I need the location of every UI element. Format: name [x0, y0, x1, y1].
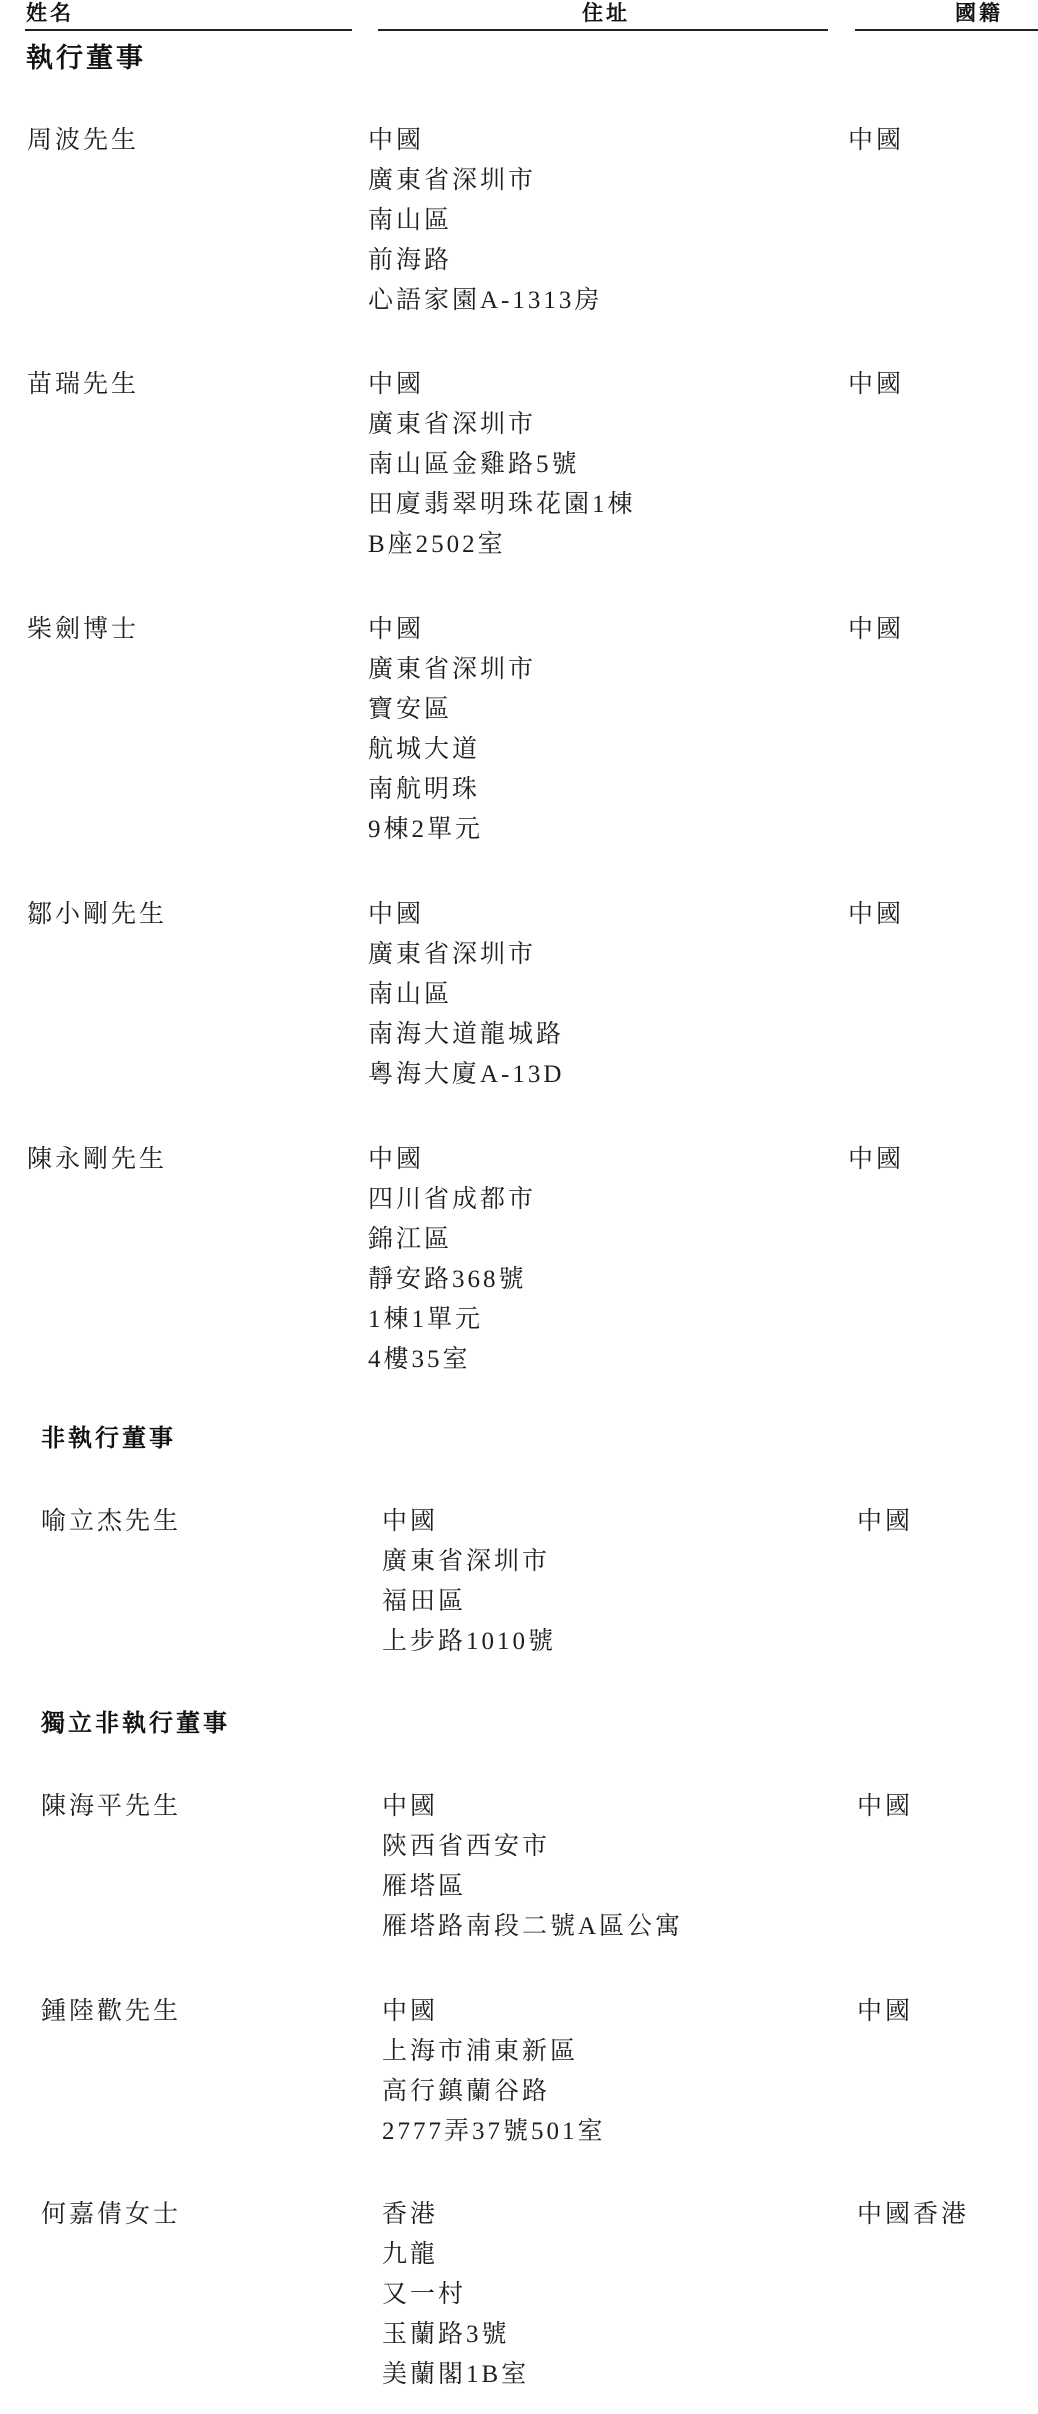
director-address: 中國 上海市浦東新區 高行鎮蘭谷路 2777弄37號501室 [382, 1992, 606, 2152]
address-line: 粵海大廈A-13D [368, 1055, 564, 1095]
address-line: 九龍 [382, 2235, 529, 2275]
address-line: 錦江區 [368, 1220, 536, 1260]
address-line: 心語家園A-1313房 [368, 281, 602, 321]
address-line: 中國 [368, 1140, 536, 1180]
address-line: 雁塔路南段二號A區公寓 [382, 1907, 683, 1947]
address-line: 廣東省深圳市 [368, 405, 636, 445]
director-address: 香港 九龍 又一村 玉蘭路3號 美蘭閣1B室 [382, 2195, 529, 2395]
address-line: 中國 [368, 365, 636, 405]
address-line: 9棟2單元 [368, 810, 536, 850]
address-line: 中國 [368, 610, 536, 650]
address-line: 中國 [382, 1502, 556, 1542]
director-nationality: 中國 [848, 895, 904, 935]
column-header-nationality: 國籍 [955, 0, 1003, 26]
address-line: 廣東省深圳市 [368, 935, 564, 975]
director-name: 柴劍博士 [27, 610, 139, 650]
director-address: 中國 陝西省西安市 雁塔區 雁塔路南段二號A區公寓 [382, 1787, 683, 1947]
director-name: 鄒小剛先生 [27, 895, 167, 935]
address-line: 1棟1單元 [368, 1300, 536, 1340]
column-header-address: 住址 [582, 0, 630, 26]
address-line: 前海路 [368, 241, 602, 281]
address-line: 廣東省深圳市 [368, 650, 536, 690]
director-nationality: 中國 [848, 365, 904, 405]
address-line: B座2502室 [368, 525, 636, 565]
director-name: 陳海平先生 [41, 1787, 181, 1827]
director-nationality: 中國 [857, 1502, 913, 1542]
director-name: 何嘉倩女士 [41, 2195, 181, 2235]
director-address: 中國 廣東省深圳市 南山區 前海路 心語家園A-1313房 [368, 121, 602, 321]
director-address: 中國 廣東省深圳市 福田區 上步路1010號 [382, 1502, 556, 1662]
director-name: 陳永剛先生 [27, 1140, 167, 1180]
address-line: 南航明珠 [368, 770, 536, 810]
director-name: 鍾陸歡先生 [41, 1992, 181, 2032]
address-line: 陝西省西安市 [382, 1827, 683, 1867]
address-line: 中國 [368, 121, 602, 161]
address-line: 又一村 [382, 2275, 529, 2315]
address-line: 中國 [382, 1787, 683, 1827]
director-nationality: 中國 [848, 121, 904, 161]
director-address: 中國 廣東省深圳市 南山區金雞路5號 田廈翡翠明珠花園1棟 B座2502室 [368, 365, 636, 565]
director-nationality: 中國 [848, 1140, 904, 1180]
address-line: 上海市浦東新區 [382, 2032, 606, 2072]
director-name: 喻立杰先生 [41, 1502, 181, 1542]
address-line: 南山區 [368, 975, 564, 1015]
address-line: 南山區金雞路5號 [368, 445, 636, 485]
director-address: 中國 四川省成都市 錦江區 靜安路368號 1棟1單元 4樓35室 [368, 1140, 536, 1380]
section-heading: 執行董事 [26, 41, 146, 75]
address-line: 雁塔區 [382, 1867, 683, 1907]
director-nationality: 中國 [857, 1787, 913, 1827]
director-name: 苗瑞先生 [27, 365, 139, 405]
address-line: 高行鎮蘭谷路 [382, 2072, 606, 2112]
director-address: 中國 廣東省深圳市 寶安區 航城大道 南航明珠 9棟2單元 [368, 610, 536, 850]
address-line: 4樓35室 [368, 1340, 536, 1380]
header-rule-name [25, 29, 352, 31]
address-line: 四川省成都市 [368, 1180, 536, 1220]
address-line: 美蘭閣1B室 [382, 2355, 529, 2395]
director-nationality: 中國 [848, 610, 904, 650]
address-line: 廣東省深圳市 [382, 1542, 556, 1582]
address-line: 廣東省深圳市 [368, 161, 602, 201]
address-line: 玉蘭路3號 [382, 2315, 529, 2355]
director-name: 周波先生 [27, 121, 139, 161]
address-line: 南山區 [368, 201, 602, 241]
header-rule-address [378, 29, 828, 31]
address-line: 中國 [382, 1992, 606, 2032]
address-line: 2777弄37號501室 [382, 2112, 606, 2152]
address-line: 上步路1010號 [382, 1622, 556, 1662]
address-line: 中國 [368, 895, 564, 935]
address-line: 航城大道 [368, 730, 536, 770]
director-nationality: 中國 [857, 1992, 913, 2032]
column-header-name: 姓名 [26, 0, 74, 26]
director-nationality: 中國香港 [857, 2195, 969, 2235]
section-heading: 獨立非執行董事 [41, 1708, 230, 1740]
address-line: 靜安路368號 [368, 1260, 536, 1300]
director-address: 中國 廣東省深圳市 南山區 南海大道龍城路 粵海大廈A-13D [368, 895, 564, 1095]
section-heading: 非執行董事 [41, 1423, 176, 1455]
address-line: 寶安區 [368, 690, 536, 730]
address-line: 香港 [382, 2195, 529, 2235]
address-line: 南海大道龍城路 [368, 1015, 564, 1055]
address-line: 福田區 [382, 1582, 556, 1622]
header-rule-nationality [855, 29, 1038, 31]
address-line: 田廈翡翠明珠花園1棟 [368, 485, 636, 525]
